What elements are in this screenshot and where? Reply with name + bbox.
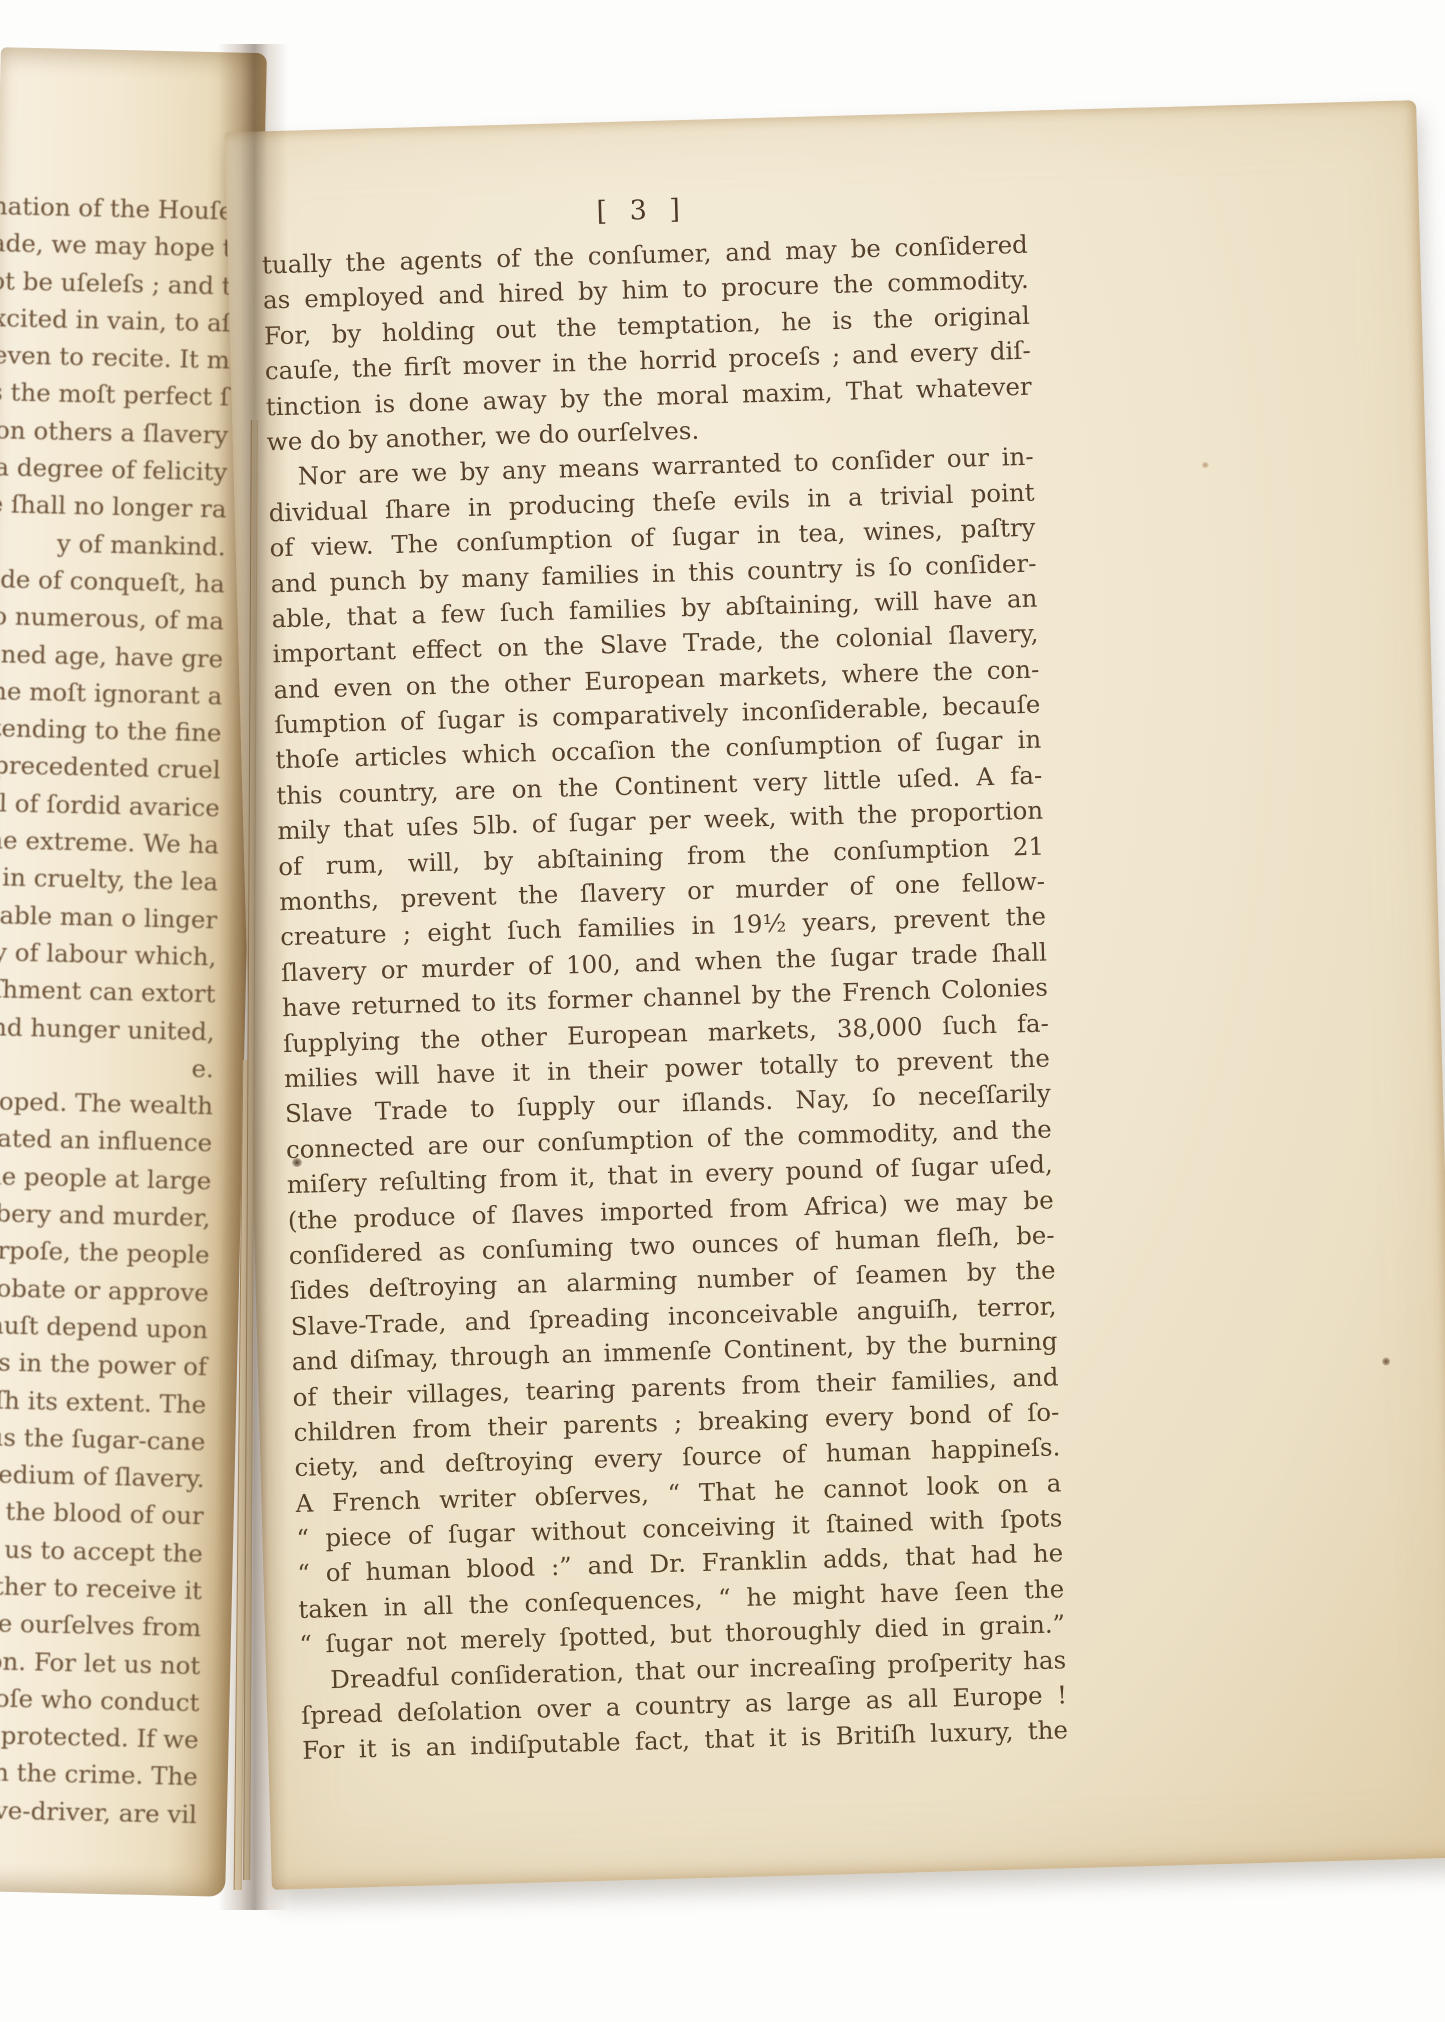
left-page-text-line: determination of the Houſe <box>0 185 234 230</box>
left-page-text-line: n ightened age, have gre <box>0 632 224 677</box>
page-number: [ 3 ] <box>260 185 1023 237</box>
left-page-text-line: th thoſe who conduct <box>0 1676 200 1721</box>
left-page-text-line: t puniſhment can extort <box>0 968 216 1013</box>
left-page-text-line: riments in cruelty, the lea <box>0 856 218 901</box>
left-page-text-line: rank ſoil of ſordid avarice <box>0 781 220 826</box>
left-page-text-line: e of robbery and murder, <box>0 1192 211 1237</box>
left-page-text-line: developed. The wealth <box>0 1080 213 1125</box>
left-page-text-line: oying a degree of felicity <box>0 446 228 491</box>
left-page-text-line: rſelves the moſt perfect ſ <box>0 371 229 416</box>
left-page-text-line: are pretending to the fine <box>0 707 222 752</box>
left-page-text-line: xonerate ourſelves from <box>0 1602 202 1647</box>
left-page-text-line: e pride of conqueſt, ha <box>0 558 225 603</box>
left-page-text-line: ohibit us the ſugar-cane <box>0 1415 206 1460</box>
left-page-text-line: he medium of ſlavery. <box>0 1453 205 1498</box>
left-page-text-line: eſs the people at large <box>0 1154 212 1199</box>
left-page-text-line: otation. For let us not <box>0 1639 201 1684</box>
left-page-text-line: een excited in vain, to aſ <box>0 297 231 342</box>
left-page-text-line: e ſlave-driver, are vil <box>0 1788 197 1833</box>
left-page-text-line: will not be uſeleſs ; and t <box>0 259 232 304</box>
left-page-text-line: quantity of labour which, <box>0 931 217 976</box>
left-page-text-line: y of mankind. <box>0 520 226 565</box>
foxing-spot <box>1382 1357 1390 1365</box>
left-page-text-line: r to reprobate or approve <box>0 1266 209 1311</box>
left-page-text-line: bour, and hunger united, <box>0 1005 215 1050</box>
left-page-text-line: nful even to recite. It m <box>0 334 230 379</box>
left-page-text-line: lice, the moſt ignorant a <box>0 670 223 715</box>
left-page-text: determination of the Houſee-Trade, we ma… <box>0 185 234 1833</box>
right-page: [ 3 ] tually the agents of the conſumer,… <box>224 100 1445 1890</box>
left-page-text-line: e. <box>0 1042 214 1087</box>
left-page-text-line: d in the blood of our <box>0 1490 204 1535</box>
main-page-text: tually the agents of the conſumer, and m… <box>262 227 1069 1769</box>
left-page-text-line: r too numerous, of ma <box>0 595 224 640</box>
left-page-text-line: e-Trade, we may hope t <box>0 222 233 267</box>
left-page-text-line: ſe upon others a ſlavery <box>0 409 229 454</box>
left-page-text-line: y in the extreme. We ha <box>0 819 219 864</box>
foxing-spot <box>1202 462 1209 468</box>
left-page-text-line: very muſt depend upon <box>0 1303 208 1348</box>
left-page-text-line: ſing unprecedented cruel <box>0 744 221 789</box>
left-page: determination of the Houſee-Trade, we ma… <box>0 47 267 1897</box>
left-page-text-line: h it is protected. If we <box>0 1714 199 1759</box>
left-page-text-line: ate in the crime. The <box>0 1751 198 1796</box>
left-page-text-line: d it is in the power of <box>0 1341 207 1386</box>
left-page-text-line: to interpoſe, the people <box>0 1229 210 1274</box>
left-page-text-line: as created an influence <box>0 1117 213 1162</box>
left-page-text-line: y, we ſhall no longer ra <box>0 483 227 528</box>
left-page-text-line: iminiſh its extent. The <box>0 1378 207 1423</box>
book-photo: determination of the Houſee-Trade, we ma… <box>0 0 1445 2022</box>
left-page-text-line: to enable man o linger <box>0 893 218 938</box>
left-page-text-line: compel us to accept the <box>0 1527 203 1572</box>
left-page-text-line: eſts, either to receive it <box>0 1564 202 1609</box>
